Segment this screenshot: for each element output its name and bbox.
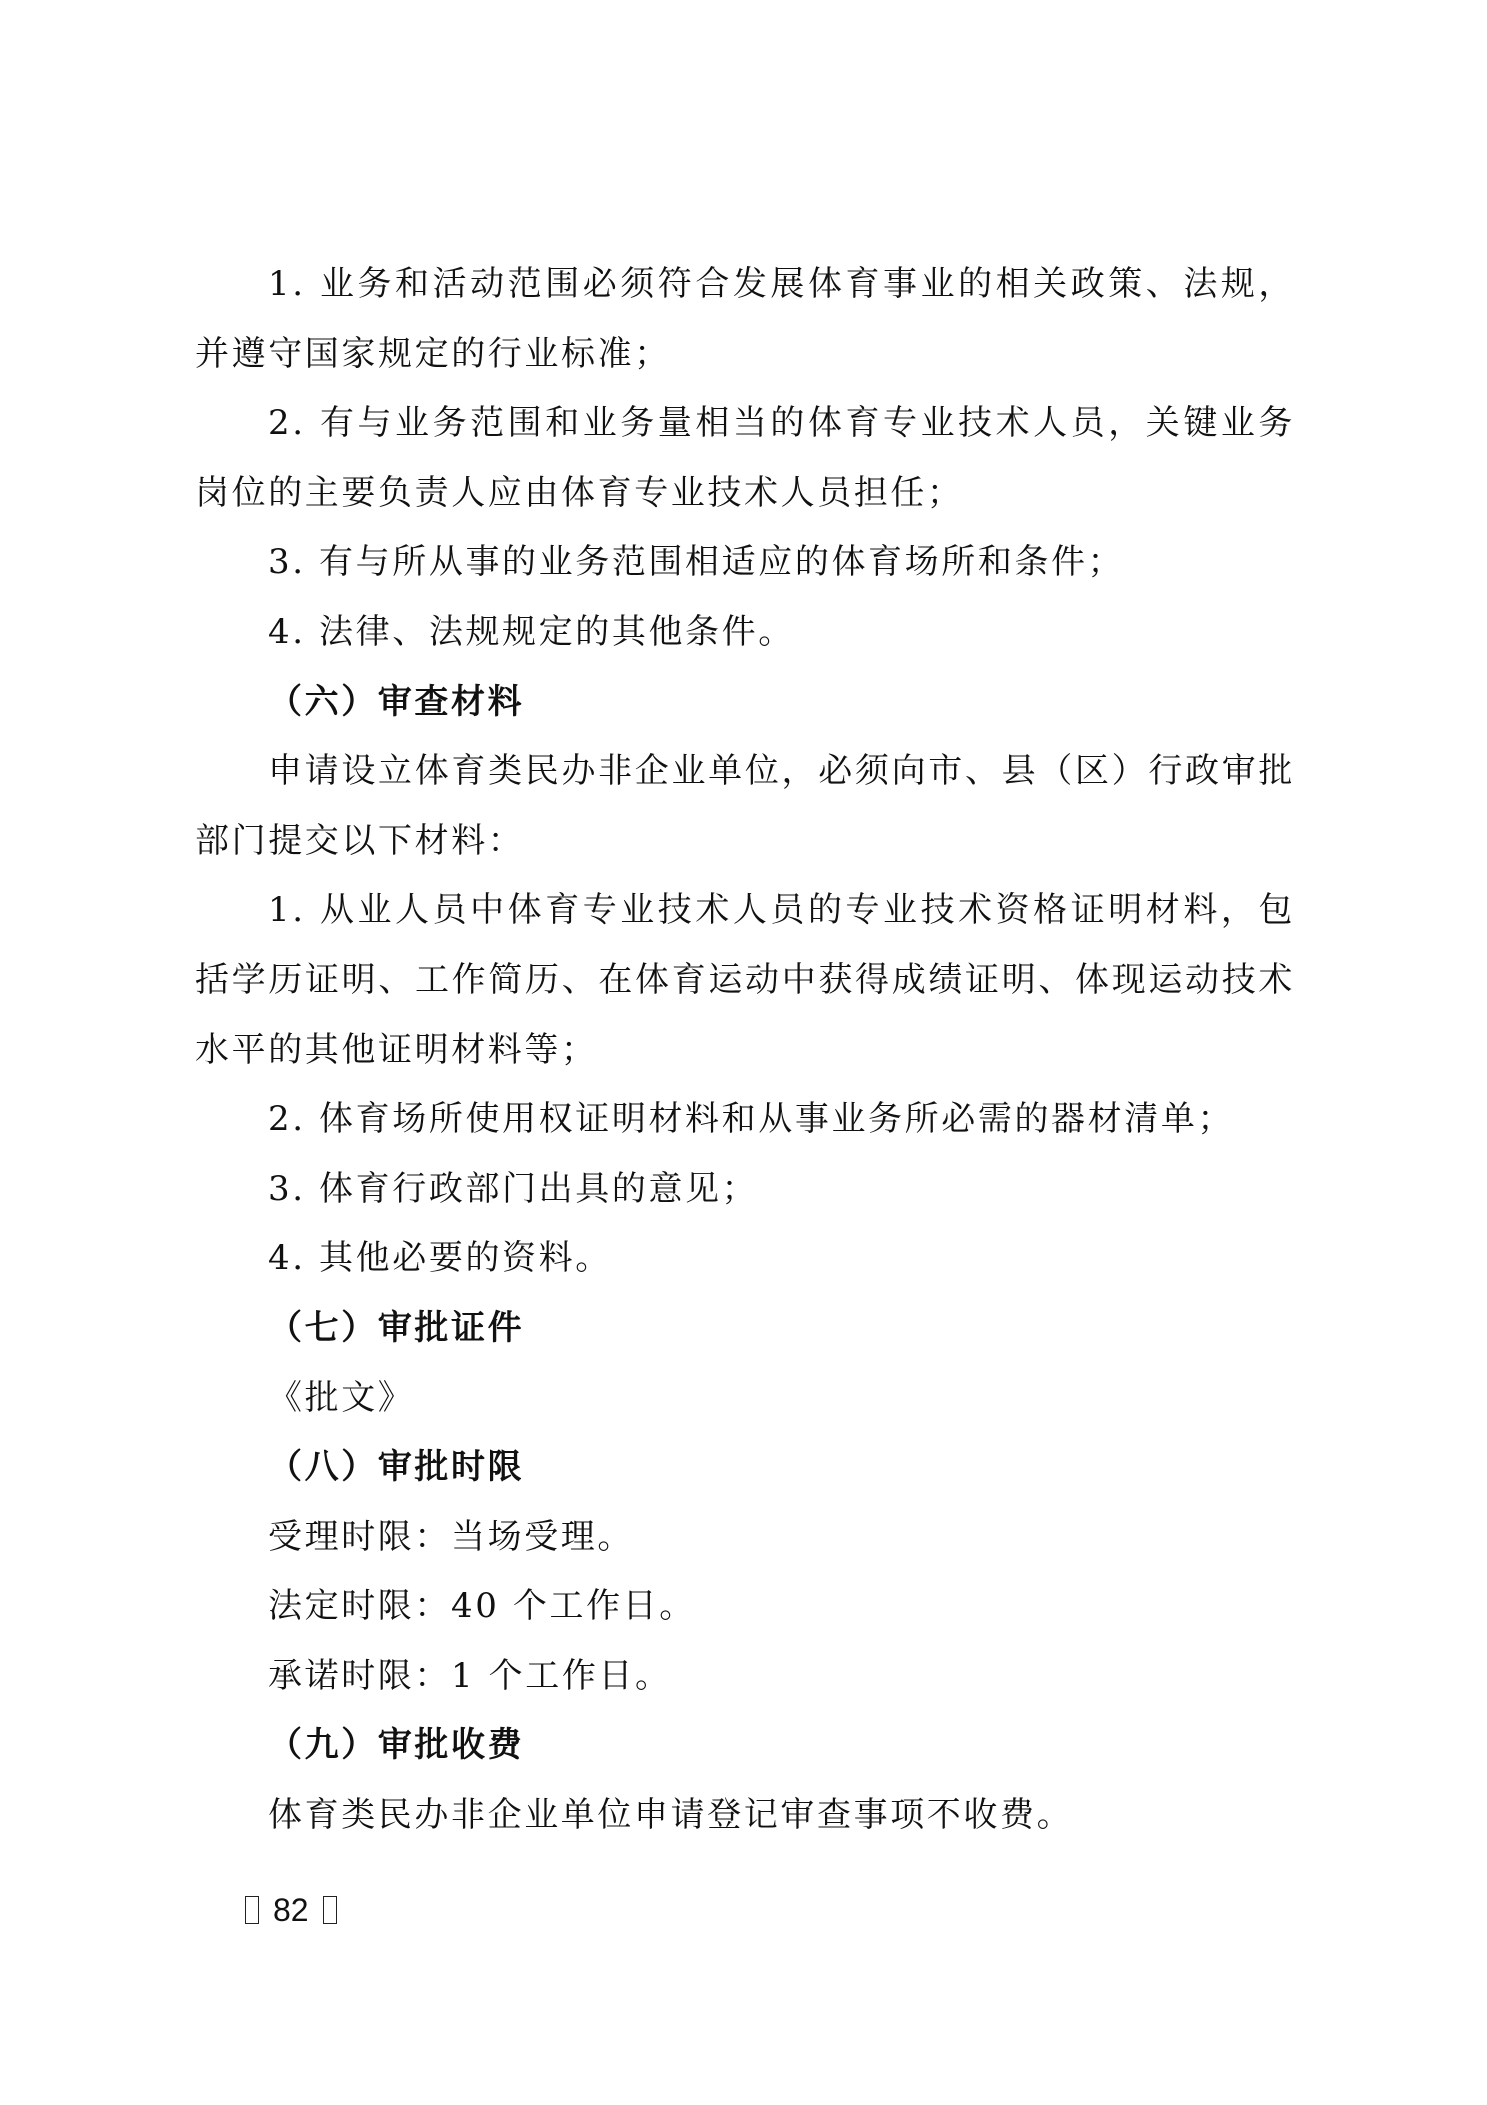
condition-item-2: 2. 有与业务范围和业务量相当的体育专业技术人员，关键业务岗位的主要负责人应由体… — [195, 389, 1295, 528]
condition-item-1: 1. 业务和活动范围必须符合发展体育事业的相关政策、法规，并遵守国家规定的行业标… — [195, 250, 1295, 389]
condition-item-3: 3. 有与所从事的业务范围相适应的体育场所和条件； — [195, 528, 1295, 598]
approval-certificate-value: 《批文》 — [195, 1364, 1295, 1434]
section-heading-approval-time-limit: （八）审批时限 — [195, 1433, 1295, 1503]
statutory-time-limit: 法定时限：40 个工作日。 — [195, 1572, 1295, 1642]
material-item-1: 1. 从业人员中体育专业技术人员的专业技术资格证明材料，包括学历证明、工作简历、… — [195, 876, 1295, 1085]
section-heading-review-materials: （六）审查材料 — [195, 668, 1295, 738]
material-item-2: 2. 体育场所使用权证明材料和从事业务所必需的器材清单； — [195, 1085, 1295, 1155]
acceptance-time-limit: 受理时限：当场受理。 — [195, 1503, 1295, 1573]
material-item-4: 4. 其他必要的资料。 — [195, 1224, 1295, 1294]
review-materials-intro: 申请设立体育类民办非企业单位，必须向市、县（区）行政审批部门提交以下材料： — [195, 737, 1295, 876]
document-page: 1. 业务和活动范围必须符合发展体育事业的相关政策、法规，并遵守国家规定的行业标… — [195, 250, 1295, 1851]
condition-item-4: 4. 法律、法规规定的其他条件。 — [195, 598, 1295, 668]
left-dash-marker — [245, 1896, 259, 1924]
page-number-footer: 82 — [245, 1888, 337, 1932]
right-dash-marker — [323, 1896, 337, 1924]
approval-fee-value: 体育类民办非企业单位申请登记审查事项不收费。 — [195, 1781, 1295, 1851]
promised-time-limit: 承诺时限：1 个工作日。 — [195, 1642, 1295, 1712]
section-heading-approval-fee: （九）审批收费 — [195, 1711, 1295, 1781]
section-heading-approval-certificate: （七）审批证件 — [195, 1294, 1295, 1364]
page-number: 82 — [273, 1888, 309, 1932]
material-item-3: 3. 体育行政部门出具的意见； — [195, 1155, 1295, 1225]
